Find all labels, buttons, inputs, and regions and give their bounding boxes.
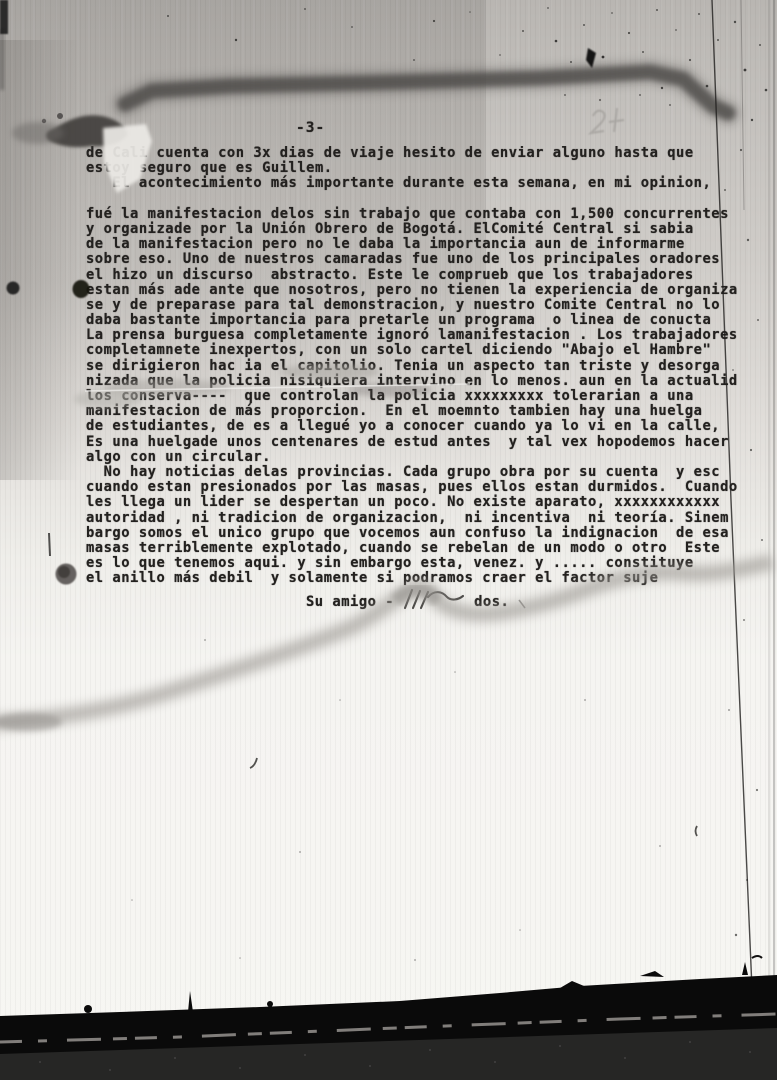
text-line: Es una huelgade unos centenares de estud… bbox=[86, 435, 741, 450]
pen-tick-icon bbox=[517, 598, 527, 610]
text-line: bargo somos el unico grupo que vocemos a… bbox=[86, 526, 741, 541]
text-line: de Cali cuenta con 3x dias de viaje hesi… bbox=[86, 146, 741, 161]
signature-line: Su amigo - dos. bbox=[306, 588, 527, 610]
text-line: nizada que la policia nisiquiera intervi… bbox=[86, 374, 741, 389]
text-line: autoridad , ni tradicion de organizacion… bbox=[86, 511, 741, 526]
text-line: y organizade por la Unión Obrero de Bogo… bbox=[86, 222, 741, 237]
text-line: daba bastante importancia para pretarle … bbox=[86, 313, 741, 328]
text-line: completamnete inexpertos, con un solo ca… bbox=[86, 343, 741, 358]
text-line: se y de preparase para tal demonstracion… bbox=[86, 298, 741, 313]
scanned-letter-page: -3- de Cali cuenta con 3x dias de viaje … bbox=[0, 0, 777, 1080]
signature-suffix: dos. bbox=[474, 594, 509, 610]
text-line: fué la manifestacion delos sin trabajo q… bbox=[86, 207, 741, 222]
handwritten-initials-icon bbox=[402, 588, 466, 610]
text-line: estan más ade ante que nosotros, pero no… bbox=[86, 283, 741, 298]
text-line: es lo que tenemos aqui. y sin embargo es… bbox=[86, 556, 741, 571]
text-line: el hizo un discurso abstracto. Este le c… bbox=[86, 268, 741, 283]
text-line: algo con un circular. bbox=[86, 450, 741, 465]
text-line: de estudiantes, de es a llegué yo a cono… bbox=[86, 419, 741, 434]
text-line: les llega un lider se despertan un poco.… bbox=[86, 495, 741, 510]
text-line: el anillo más debil y solamente si podra… bbox=[86, 571, 741, 586]
text-line: El acontecimiento más importante durante… bbox=[86, 176, 741, 191]
text-line: se dirigieron hac ia el capitolio. Tenia… bbox=[86, 359, 741, 374]
text-line bbox=[86, 192, 741, 207]
text-line: No hay noticias delas provincias. Cada g… bbox=[86, 465, 741, 480]
text-line: masas terriblemente explotado, cuando se… bbox=[86, 541, 741, 556]
text-line: sobre eso. Uno de nuestros camaradas fue… bbox=[86, 252, 741, 267]
page-number: -3- bbox=[296, 120, 325, 136]
signature-prefix: Su amigo - bbox=[306, 594, 394, 610]
text-line: los conserva---- que controlan la polici… bbox=[86, 389, 741, 404]
letter-body: de Cali cuenta con 3x dias de viaje hesi… bbox=[86, 146, 741, 586]
